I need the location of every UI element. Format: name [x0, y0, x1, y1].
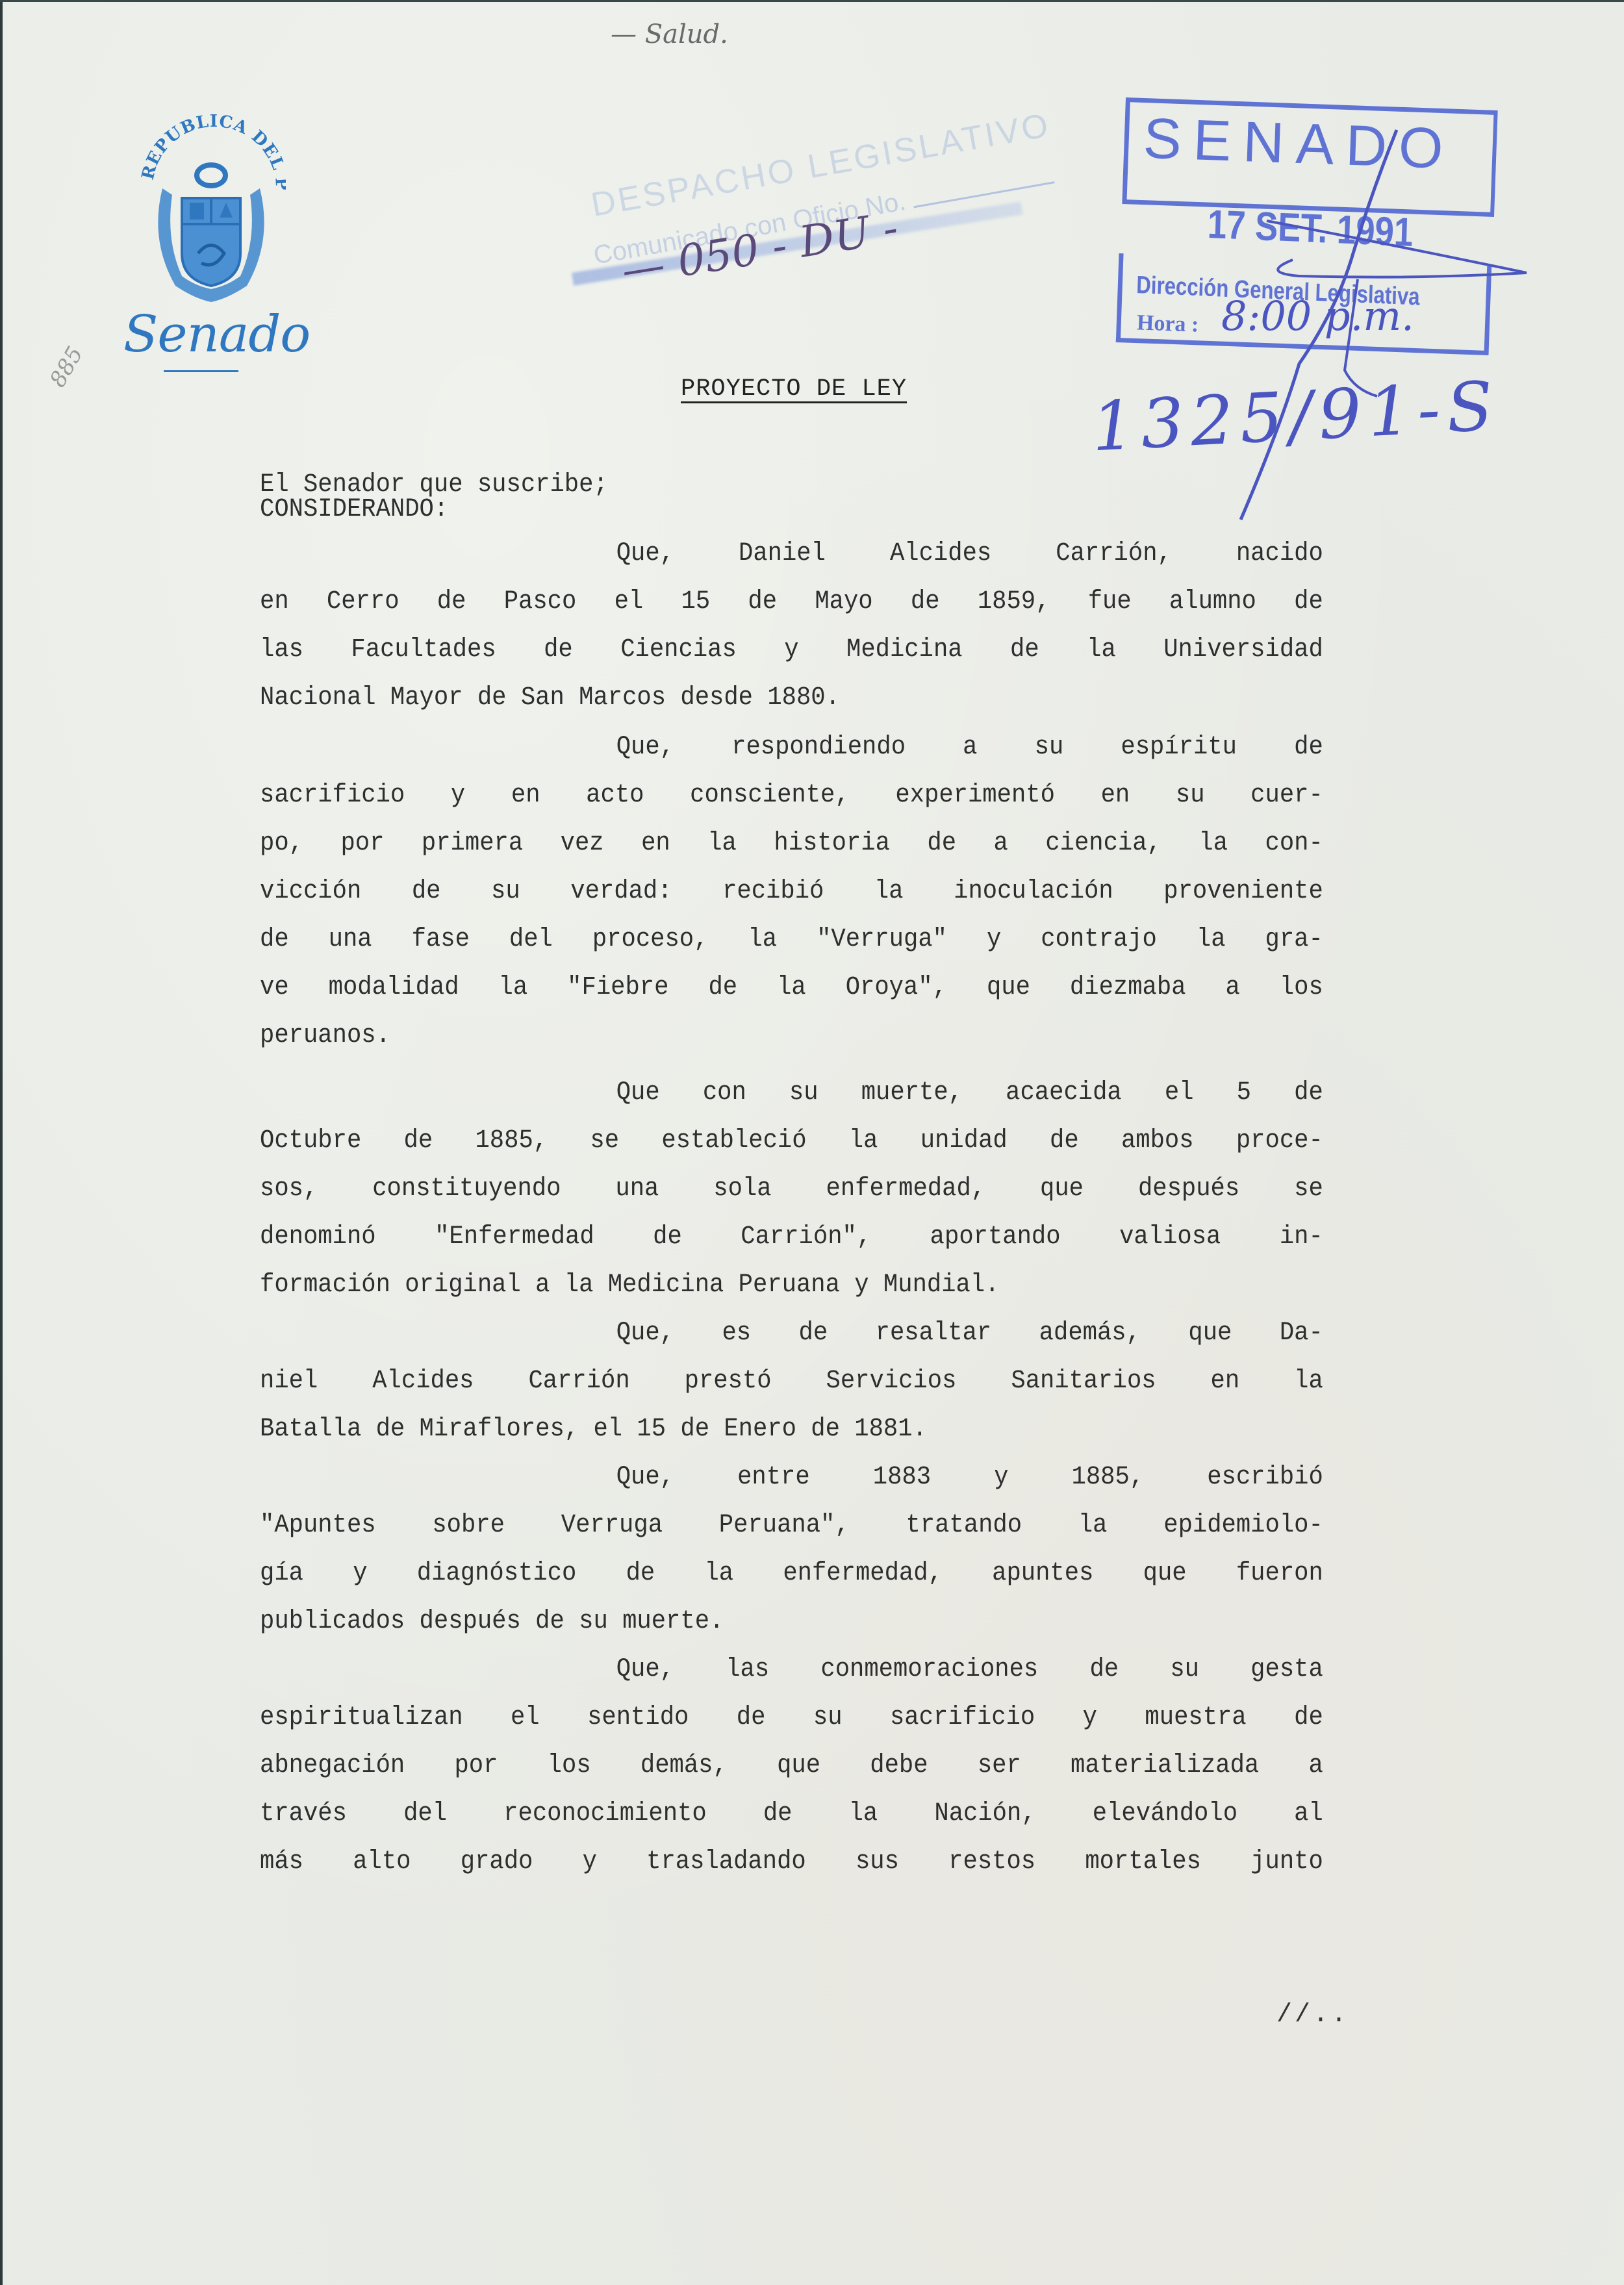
paragraph: Que, Daniel Alcides Carrión, nacido en C…	[260, 530, 1323, 722]
letterhead-rule	[164, 370, 238, 372]
paragraph-line: Que, las conmemoraciones de su gesta	[260, 1646, 1323, 1694]
continuation-mark: //..	[1276, 2001, 1349, 2030]
paragraph-line: las Facultades de Ciencias y Medicina de…	[260, 626, 1323, 674]
paragraph-line: Que, respondiendo a su espíritu de	[260, 724, 1323, 772]
preamble-line: CONSIDERANDO:	[260, 498, 1323, 522]
paragraph-line: gía y diagnóstico de la enfermedad, apun…	[260, 1550, 1323, 1598]
paragraph-line: publicados después de su muerte.	[260, 1598, 1323, 1646]
despacho-stamp: DESPACHO LEGISLATIVO Comunicado con Ofic…	[572, 49, 1069, 341]
paragraph-line: "Apuntes sobre Verruga Peruana", tratand…	[260, 1502, 1323, 1550]
page-edge-top	[0, 0, 1624, 2]
despacho-stamp-blank	[913, 181, 1054, 208]
paragraph-line: de una fase del proceso, la "Verruga" y …	[260, 916, 1323, 964]
paragraph-line: vicción de su verdad: recibió la inocula…	[260, 868, 1323, 916]
paragraph-line: peruanos.	[260, 1012, 1323, 1060]
institution-name: Senado	[123, 305, 292, 364]
paragraph: Que con su muerte, acaecida el 5 de Octu…	[260, 1069, 1323, 1309]
paragraph-line: niel Alcides Carrión prestó Servicios Sa…	[260, 1357, 1323, 1406]
paragraph-line: más alto grado y trasladando sus restos …	[260, 1838, 1323, 1886]
paragraph: Que, respondiendo a su espíritu de sacri…	[260, 724, 1323, 1060]
signature-icon	[1221, 117, 1559, 533]
paragraph-line: ve modalidad la "Fiebre de la Oroya", qu…	[260, 964, 1323, 1012]
paragraph: Que, las conmemoraciones de su gesta esp…	[260, 1646, 1323, 1886]
paragraph-line: Que, Daniel Alcides Carrión, nacido	[260, 530, 1323, 578]
page-edge	[0, 0, 3, 2285]
paragraph-line: Que, entre 1883 y 1885, escribió	[260, 1454, 1323, 1502]
paragraph: Que, es de resaltar además, que Da- niel…	[260, 1309, 1323, 1454]
coat-of-arms-icon: REPUBLICA DEL PERU	[136, 91, 286, 305]
letterhead: REPUBLICA DEL PERU Senado	[123, 84, 292, 383]
paragraph-line: través del reconocimiento de la Nación, …	[260, 1790, 1323, 1838]
pencil-note-salud: — Salud.	[611, 19, 728, 49]
document-title: PROYECTO DE LEY	[681, 375, 907, 403]
paragraph-line: Nacional Mayor de San Marcos desde 1880.	[260, 674, 1323, 722]
svg-text:REPUBLICA DEL PERU: REPUBLICA DEL PERU	[136, 91, 286, 192]
paragraph-line: formación original a la Medicina Peruana…	[260, 1261, 1323, 1309]
document-body: El Senador que suscribe; CONSIDERANDO: Q…	[260, 473, 1323, 1886]
paragraph-line: abnegación por los demás, que debe ser m…	[260, 1742, 1323, 1790]
hora-label: Hora :	[1136, 310, 1199, 337]
paragraph-line: Que, es de resaltar además, que Da-	[260, 1309, 1323, 1357]
paragraph-line: en Cerro de Pasco el 15 de Mayo de 1859,…	[260, 578, 1323, 626]
crest-text: REPUBLICA DEL PERU	[136, 91, 286, 192]
paragraph-line: Que con su muerte, acaecida el 5 de	[260, 1069, 1323, 1117]
paragraph: Que, entre 1883 y 1885, escribió "Apunte…	[260, 1454, 1323, 1646]
paragraph-line: Octubre de 1885, se estableció la unidad…	[260, 1117, 1323, 1165]
paragraph-line: sacrificio y en acto consciente, experim…	[260, 772, 1323, 820]
paragraph-line: po, por primera vez en la historia de a …	[260, 820, 1323, 868]
paragraph-line: denominó "Enfermedad de Carrión", aporta…	[260, 1213, 1323, 1261]
paragraph-line: Batalla de Miraflores, el 15 de Enero de…	[260, 1406, 1323, 1454]
paragraph-line: espiritualizan el sentido de su sacrific…	[260, 1694, 1323, 1742]
preamble-line: El Senador que suscribe;	[260, 473, 1323, 498]
pencil-margin-note: 885	[45, 342, 88, 392]
paragraph-line: sos, constituyendo una sola enfermedad, …	[260, 1165, 1323, 1213]
